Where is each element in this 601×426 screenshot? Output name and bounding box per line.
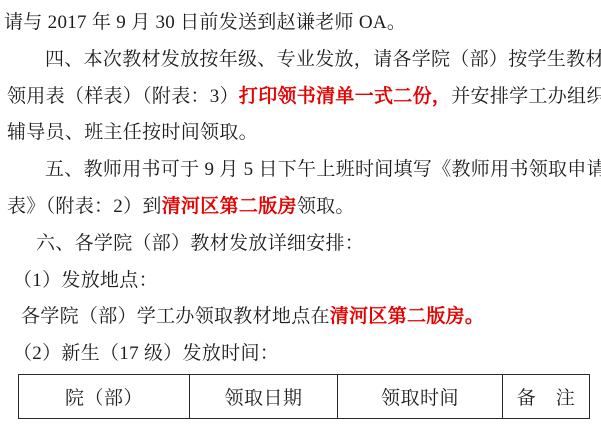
highlight-red-segment: 清河区第二版房。 — [330, 306, 484, 327]
paragraph-line-item4-start: 四、本次教材发放按年级、专业发放，请各学院（部）按学生教材 — [0, 42, 601, 79]
table-header-row: 院（部） 领取日期 领取时间 备 注 — [19, 374, 590, 418]
paragraph-line-sub2-heading: （2）新生（17 级）发放时间： — [0, 336, 601, 373]
paragraph-line-sub1-heading: （1）发放地点： — [0, 263, 601, 300]
paragraph-line-deadline: 请与 2017 年 9 月 30 日前发送到赵谦老师 OA。 — [0, 5, 601, 42]
text-segment: （1）发放地点： — [13, 270, 158, 291]
paragraph-line-item4-middle: 领用表（样表）（附表：3）打印领书清单一式二份，并安排学工办组织 — [0, 79, 601, 116]
paragraph-line-sub1-location: 各学院（部）学工办领取教材地点在清河区第二版房。 — [0, 299, 601, 336]
distribution-schedule-table: 院（部） 领取日期 领取时间 备 注 — [18, 374, 590, 419]
header-cell-remarks: 备 注 — [503, 374, 590, 418]
paragraph-line-item5-start: 五、教师用书可于 9 月 5 日下午上班时间填写《教师用书领取申请 — [0, 152, 601, 189]
text-segment: 辅导员、班主任按时间领取。 — [7, 122, 258, 143]
paragraph-line-item6-heading: 六、各学院（部）教材发放详细安排： — [0, 226, 601, 263]
text-segment: 六、各学院（部）教材发放详细安排： — [36, 233, 364, 254]
text-segment: 领用表（样表）（附表：3） — [7, 86, 239, 107]
text-segment: 各学院（部）学工办领取教材地点在 — [21, 306, 330, 327]
paragraph-line-item5-end: 表》（附表：2）到清河区第二版房领取。 — [0, 189, 601, 226]
header-cell-pickup-date: 领取日期 — [190, 374, 338, 418]
text-segment: 领取。 — [297, 196, 355, 217]
text-segment: 并安排学工办组织 — [451, 86, 601, 107]
header-cell-college: 院（部） — [19, 374, 190, 418]
text-segment: 四、本次教材发放按年级、专业发放，请各学院（部）按学生教材 — [45, 49, 601, 70]
text-segment: 五、教师用书可于 9 月 5 日下午上班时间填写《教师用书领取申请 — [45, 159, 601, 180]
text-segment: 表》（附表：2）到 — [7, 196, 162, 217]
text-segment: （2）新生（17 级）发放时间： — [13, 343, 279, 364]
paragraph-line-item4-end: 辅导员、班主任按时间领取。 — [0, 115, 601, 152]
text-segment: 请与 2017 年 9 月 30 日前发送到赵谦老师 OA。 — [4, 12, 406, 33]
document-page: 请与 2017 年 9 月 30 日前发送到赵谦老师 OA。 四、本次教材发放按… — [0, 0, 601, 426]
header-cell-pickup-time: 领取时间 — [338, 374, 503, 418]
highlight-red-segment: 打印领书清单一式二份， — [239, 86, 451, 107]
highlight-red-segment: 清河区第二版房 — [162, 196, 297, 217]
